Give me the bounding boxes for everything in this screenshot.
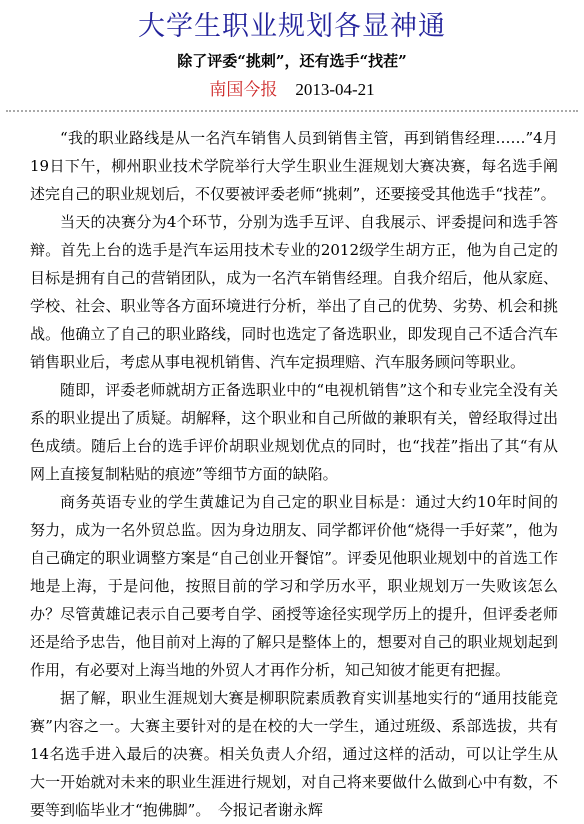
source-line: 南国今报2013-04-21: [0, 79, 584, 101]
paragraph-1: “我的职业路线是从一名汽车销售人员到销售主管，再到销售经理……”4月19日下午，…: [30, 124, 558, 208]
paragraph-3: 随即，评委老师就胡方正备选职业中的“电视机销售”这个和专业完全没有关系的职业提出…: [30, 376, 558, 488]
paragraph-5: 据了解，职业生涯规划大赛是柳职院素质教育实训基地实行的“通用技能竞赛”内容之一。…: [30, 684, 558, 824]
article-body: “我的职业路线是从一名汽车销售人员到销售主管，再到销售经理……”4月19日下午，…: [0, 112, 584, 824]
source-name: 南国今报: [209, 80, 277, 100]
page-title: 大学生职业规划各显神通: [0, 12, 584, 42]
paragraph-2: 当天的决赛分为4个环节，分别为选手互评、自我展示、评委提问和选手答辩。首先上台的…: [30, 208, 558, 376]
article-subtitle: 除了评委“挑刺”，还有选手“找茬”: [0, 51, 584, 71]
article-page: 大学生职业规划各显神通 除了评委“挑刺”，还有选手“找茬” 南国今报2013-0…: [0, 0, 584, 824]
publish-date: 2013-04-21: [295, 80, 374, 99]
paragraph-4: 商务英语专业的学生黄雄记为自己定的职业目标是：通过大约10年时间的努力，成为一名…: [30, 488, 558, 684]
